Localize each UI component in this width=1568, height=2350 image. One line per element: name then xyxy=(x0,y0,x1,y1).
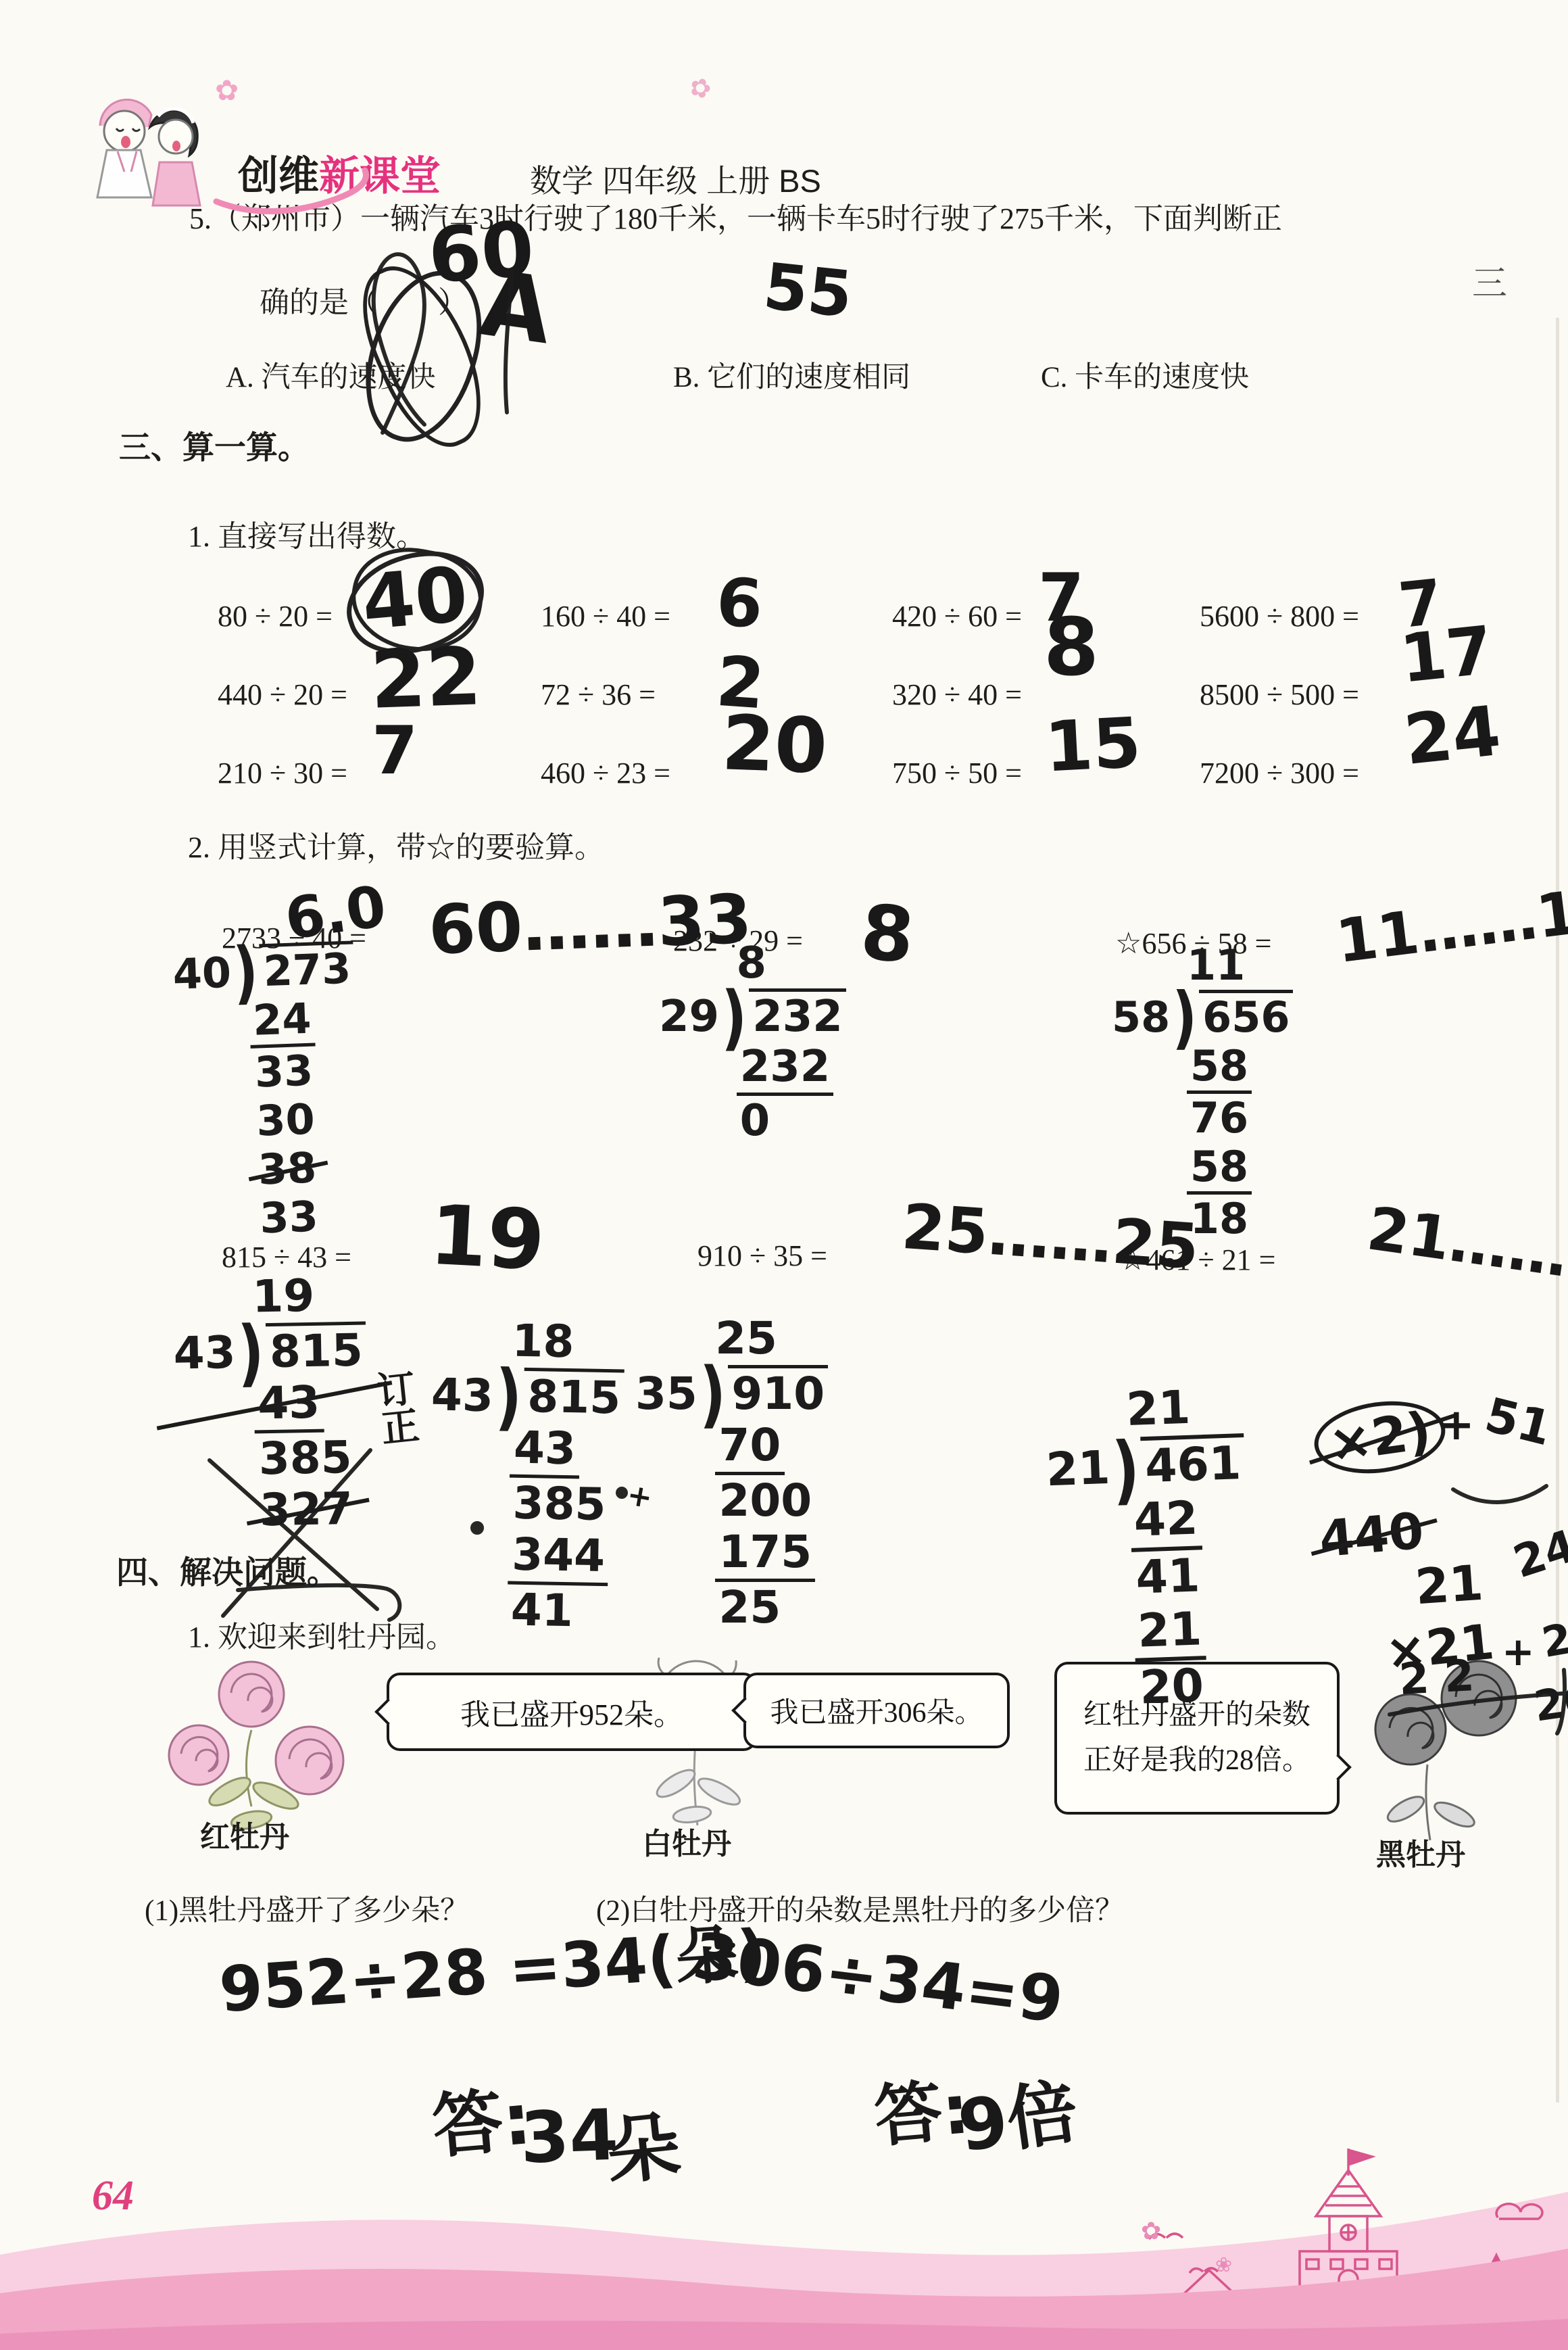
work-910-35-divisor: 35 xyxy=(635,1368,697,1420)
red-peony-illustration xyxy=(150,1652,383,1843)
hw-problem-ans-815-43: 19 xyxy=(428,1194,547,1282)
hw-verify-26: 26 xyxy=(1532,1678,1568,1727)
hw-verify-51: 51 xyxy=(1481,1391,1556,1452)
work-461-21-dividend: 461 xyxy=(1140,1433,1246,1494)
work-2733-40: 40)2732433303833 xyxy=(172,940,364,1245)
division-bracket: ) xyxy=(495,1366,522,1429)
page-number: 64 xyxy=(92,2172,134,2221)
q5-line1: 5.（郑州市）一辆汽车3时行驶了180千米，一辆卡车5时行驶了275千米，下面判… xyxy=(189,201,1282,237)
grid-eq-4: 5600 ÷ 800 = xyxy=(1200,599,1359,634)
brand-pink: 新课堂 xyxy=(319,154,441,199)
division-bracket: ) xyxy=(237,1322,265,1385)
edge-bleed-mark: 三 xyxy=(1472,264,1507,305)
work-815-43-corrected-dividend: 815 xyxy=(523,1367,624,1424)
division-bracket: ) xyxy=(1172,990,1197,1048)
hw-grid-ans-11: 15 xyxy=(1043,709,1142,782)
speech-bubble-white-peony: 我已盛开306朵。 xyxy=(743,1673,1010,1748)
work-461-21: 2121)46142412120 xyxy=(1044,1380,1254,1719)
work-815-43-crossed-dividend: 815 xyxy=(266,1321,367,1378)
division-bracket: ) xyxy=(232,944,260,1003)
grid-eq-11: 750 ÷ 50 = xyxy=(892,756,1022,791)
speech-bubble-red-peony: 我已盛开952朵。 xyxy=(387,1673,757,1751)
hw-answer-value-2: 9倍 xyxy=(954,2076,1082,2162)
label-white-peony: 白牡丹 xyxy=(642,1827,731,1862)
work-2733-40-row-5: 33 xyxy=(255,1192,322,1243)
work-815-43-corrected: 1843)8154338534441 xyxy=(427,1314,626,1638)
kids-illustration xyxy=(80,59,227,212)
grid-eq-10: 460 ÷ 23 = xyxy=(541,756,670,791)
q5-option-c: C. 卡车的速度快 xyxy=(1041,361,1249,395)
division-bracket: ) xyxy=(1111,1437,1141,1502)
work-2733-40-row-1: 24 xyxy=(249,994,316,1048)
hw-grid-ans-12: 24 xyxy=(1401,697,1504,775)
work-815-43-crossed-divisor: 43 xyxy=(173,1326,236,1379)
work-656-58-row-1: 58 xyxy=(1187,1042,1252,1094)
work-656-58-divisor: 58 xyxy=(1112,993,1170,1042)
work-2733-40-row-3: 30 xyxy=(252,1095,319,1145)
work-910-35: 2535)9107020017525 xyxy=(635,1313,828,1633)
work-2733-40-row-2: 33 xyxy=(251,1046,318,1097)
bubble-text-line2: 正好是我的28倍。 xyxy=(1083,1738,1310,1783)
work-815-43-corrected-divisor: 43 xyxy=(431,1369,493,1422)
work-815-43-corrected-row-1: 43 xyxy=(510,1422,580,1479)
section3-item1: 1. 直接写出得数。 xyxy=(188,519,426,554)
hw-problem-ans-232-29: 8 xyxy=(858,894,916,974)
hw-grid-ans-5: 22 xyxy=(369,636,483,720)
work-815-43-crossed-row-2: 385 xyxy=(255,1431,356,1485)
flower-deco-icon: ✿ xyxy=(215,77,239,105)
work-910-35-dividend: 910 xyxy=(728,1365,828,1420)
work-461-21-row-2: 41 xyxy=(1131,1550,1204,1606)
section4-title: 四、解决问题。 xyxy=(116,1555,339,1592)
hw-verify-440: 440 xyxy=(1317,1506,1425,1564)
grid-eq-3: 420 ÷ 60 = xyxy=(892,599,1022,634)
grid-eq-2: 160 ÷ 40 = xyxy=(541,599,670,634)
grid-eq-6: 72 ÷ 36 = xyxy=(541,677,656,713)
hw-problem-ans-461-21: 21……20 xyxy=(1364,1199,1568,1297)
flower-deco-icon: ❀ xyxy=(1215,2255,1232,2276)
brand-title: 创维新课堂 xyxy=(238,153,441,201)
hw-grid-ans-10: 20 xyxy=(720,705,829,784)
bubble-text: 我已盛开952朵。 xyxy=(460,1690,683,1733)
hw-grid-ans-9: 7 xyxy=(372,718,418,784)
hw-choice-a: A xyxy=(475,258,557,357)
work-232-29-dividend: 232 xyxy=(749,988,846,1042)
question-1: (1)黑牡丹盛开了多少朵？ xyxy=(145,1894,469,1929)
grid-eq-7: 320 ÷ 40 = xyxy=(892,677,1022,713)
section3-title: 三、算一算。 xyxy=(119,430,310,467)
work-461-21-row-3: 21 xyxy=(1133,1603,1206,1663)
grid-eq-1: 80 ÷ 20 = xyxy=(218,599,333,634)
scan-edge-shadow xyxy=(1556,318,1559,2103)
work-815-43-crossed-row-3: 327 xyxy=(255,1483,357,1537)
work-461-21-row-4: 20 xyxy=(1135,1660,1208,1716)
hw-answer-label-1: 答: xyxy=(430,2084,534,2162)
work-2733-40-row-4: 38 xyxy=(254,1143,321,1194)
hw-solution-2: 306÷34=9 xyxy=(689,1925,1066,2033)
brand-black: 创维 xyxy=(238,154,319,199)
work-461-21-divisor: 21 xyxy=(1045,1442,1110,1497)
flower-deco-icon: ✿ xyxy=(685,73,714,105)
work-910-35-row-4: 25 xyxy=(715,1582,784,1634)
hw-verify-x21-crossed: ×2) xyxy=(1310,1393,1450,1481)
work-656-58-row-2: 76 xyxy=(1187,1094,1252,1143)
division-bracket: ) xyxy=(721,988,747,1048)
work-910-35-row-1: 70 xyxy=(715,1420,784,1475)
bubble-text: 我已盛开306朵。 xyxy=(770,1690,983,1731)
section3-item2: 2. 用竖式计算，带☆的要验算。 xyxy=(188,830,604,865)
hw-verify-2: 2 xyxy=(1539,1618,1568,1664)
work-232-29-row-2: 0 xyxy=(737,1096,774,1146)
page-subtitle: 数学 四年级 上册 BS xyxy=(530,162,821,199)
hw-verify-22: 2 2 xyxy=(1398,1654,1475,1702)
grid-eq-8: 8500 ÷ 500 = xyxy=(1200,677,1359,713)
work-461-21-row-1: 42 xyxy=(1129,1492,1202,1552)
division-bracket: ) xyxy=(700,1364,726,1426)
work-815-43-crossed-row-1: 43 xyxy=(253,1377,324,1433)
hw-grid-ans-8: 17 xyxy=(1397,617,1496,693)
work-656-58-dividend: 656 xyxy=(1199,990,1293,1042)
hw-verify-plus: + xyxy=(1438,1404,1475,1447)
work-910-35-row-2: 200 xyxy=(715,1475,815,1527)
hw-overlay-60: 6.0 xyxy=(282,878,389,948)
work-656-58-row-3: 58 xyxy=(1187,1143,1252,1195)
hw-solution-1: 952÷28 =34(朵) xyxy=(218,1921,768,2021)
problem-eq-910-35: 910 ÷ 35 = xyxy=(697,1239,827,1274)
workbook-page: 创维新课堂 数学 四年级 上册 BS 5.（郑州市）一辆汽车3时行驶了180千米… xyxy=(0,0,1568,2350)
hw-problem-ans-656-58: 11……18 xyxy=(1333,878,1568,972)
grid-eq-5: 440 ÷ 20 = xyxy=(218,677,347,713)
hw-rate-truck-55: 55 xyxy=(760,255,855,327)
work-2733-40-divisor: 40 xyxy=(172,949,232,999)
footer-illustration xyxy=(0,2116,1568,2350)
work-232-29-divisor: 29 xyxy=(659,992,719,1042)
work-656-58: 1158)65658765818 xyxy=(1112,941,1293,1243)
grid-eq-9: 210 ÷ 30 = xyxy=(218,756,347,791)
hw-verify-plus2: + xyxy=(1502,1632,1535,1671)
hw-grid-ans-2: 6 xyxy=(714,569,764,638)
work-815-43-corrected-row-4: 41 xyxy=(507,1584,577,1637)
hw-grid-ans-1: 40 xyxy=(359,556,470,641)
hw-problem-ans-910-35: 25……25 xyxy=(900,1196,1200,1278)
hw-answer-unit-1: 朵 xyxy=(604,2110,684,2190)
section4-item1: 1. 欢迎来到牡丹园。 xyxy=(188,1620,456,1655)
hw-verify-24: 24 xyxy=(1509,1523,1568,1585)
work-815-43-crossed: 1943)81543385327 xyxy=(172,1270,370,1539)
q5-option-b: B. 它们的速度相同 xyxy=(673,361,910,395)
work-232-29: 829)2322320 xyxy=(659,938,846,1146)
work-815-43-corrected-row-2: 385 xyxy=(509,1477,610,1531)
work-910-35-row-3: 175 xyxy=(715,1527,815,1582)
hw-correction-label: 订正 xyxy=(372,1368,417,1447)
hw-grid-ans-7: 8 xyxy=(1044,607,1099,687)
hw-verify-21a: 21 xyxy=(1414,1558,1485,1612)
work-232-29-row-1: 232 xyxy=(737,1042,834,1095)
label-red-peony: 红牡丹 xyxy=(200,1820,289,1855)
flower-deco-icon: ✿ xyxy=(1141,2219,1161,2243)
work-815-43-corrected-row-3: 344 xyxy=(508,1529,609,1586)
hw-problem-ans-2733-40: 60……33 xyxy=(427,886,753,965)
grid-eq-12: 7200 ÷ 300 = xyxy=(1200,756,1359,791)
label-black-peony: 黑牡丹 xyxy=(1376,1838,1465,1873)
hw-stray-plus: + xyxy=(624,1480,654,1514)
